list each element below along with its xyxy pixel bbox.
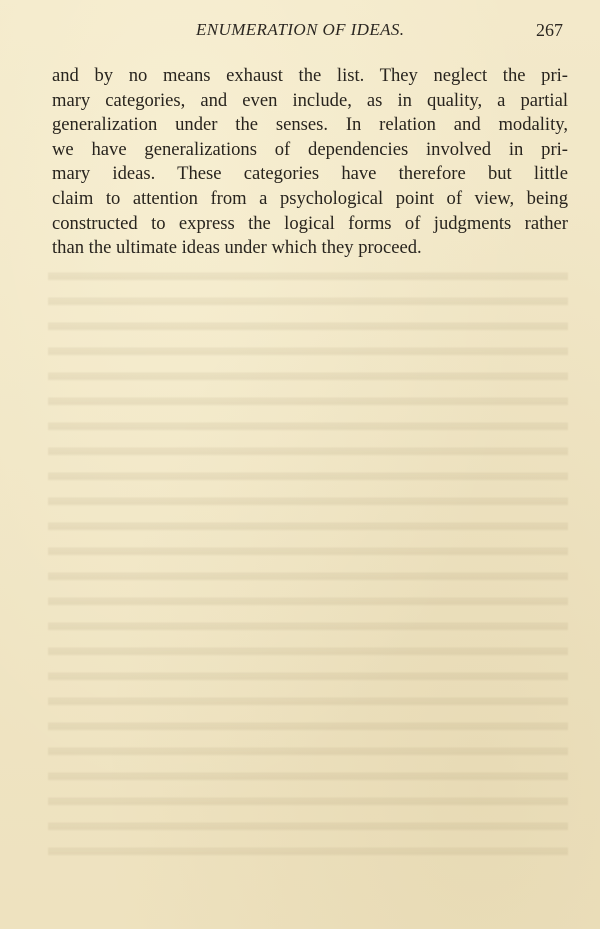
text-line: we have generalizations of dependencies … [52,138,568,163]
text-line: and by no means exhaust the list. They n… [52,64,568,89]
text-line: mary categories, and even include, as in… [52,89,568,114]
book-page: ENUMERATION OF IDEAS. 267 and by no mean… [0,0,600,929]
paragraph: and by no means exhaust the list. They n… [52,64,568,261]
text-line: claim to attention from a psychological … [52,187,568,212]
running-head: ENUMERATION OF IDEAS. 267 [0,20,600,44]
text-line: generalization under the senses. In rela… [52,113,568,138]
text-line: constructed to express the logical forms… [52,212,568,237]
text-line: mary ideas. These categories have theref… [52,162,568,187]
reverse-page-bleed-through [48,262,568,862]
running-title: ENUMERATION OF IDEAS. [196,20,404,40]
text-line: than the ultimate ideas under which they… [52,236,568,261]
page-number: 267 [536,20,563,41]
